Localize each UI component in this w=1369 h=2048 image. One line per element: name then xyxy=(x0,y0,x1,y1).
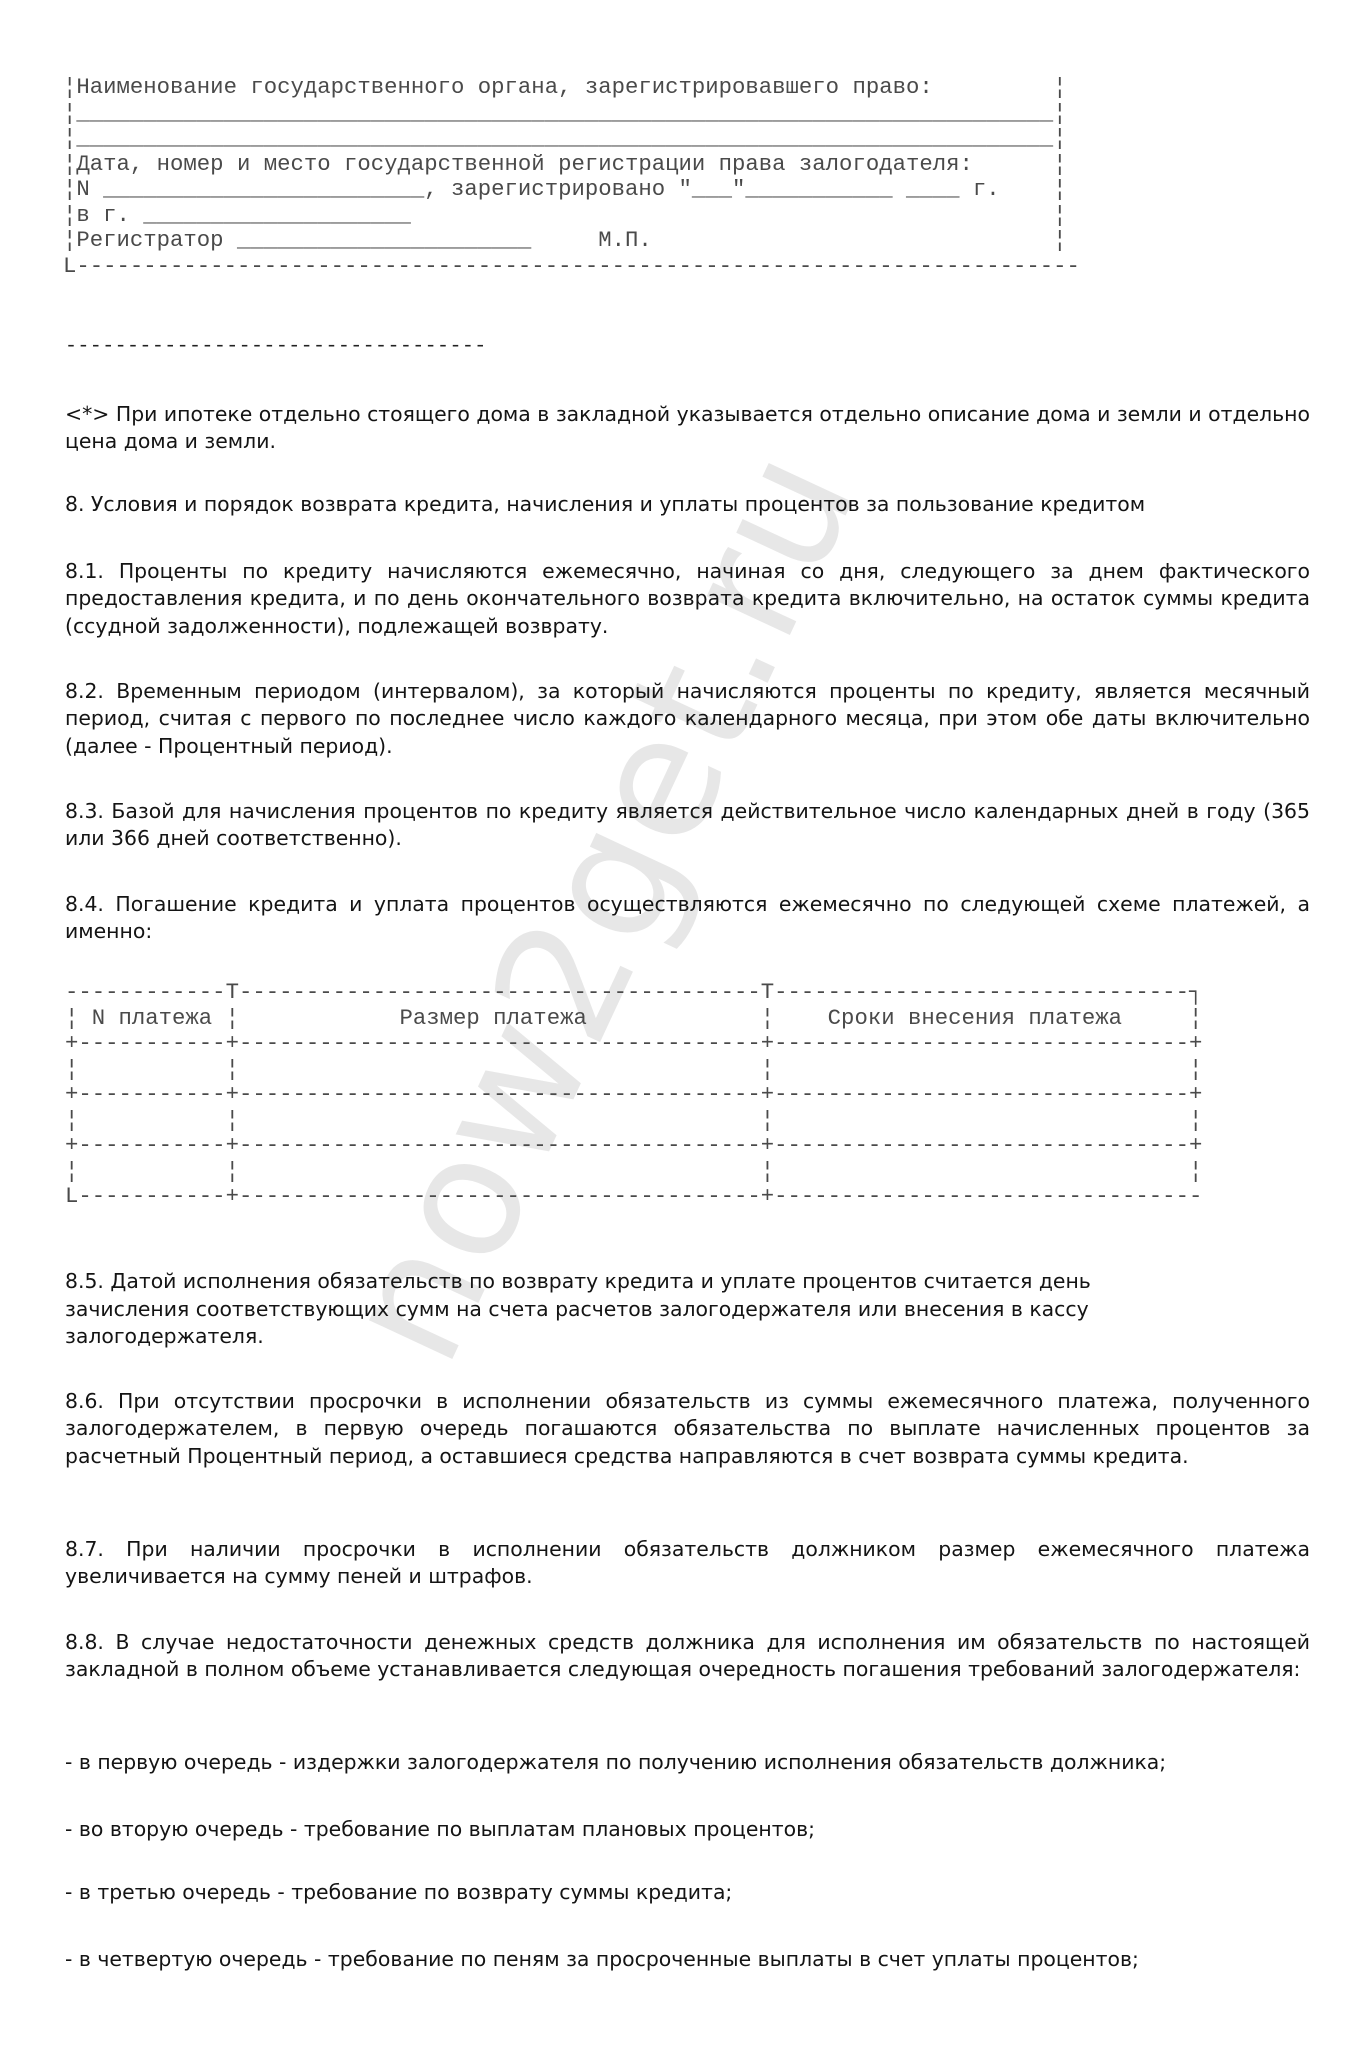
registration-box-line: ¦Регистратор ______________________ М.П.… xyxy=(63,228,1080,254)
paragraph-8-2: 8.2. Временным периодом (интервалом), за… xyxy=(65,678,1310,760)
priority-list-item: - в четвертую очередь - требование по пе… xyxy=(65,1946,1310,1973)
registration-box-line: L---------------------------------------… xyxy=(63,254,1080,280)
registration-box-line: ¦Дата, номер и место государственной рег… xyxy=(63,152,1080,178)
table-line: +-----------+---------------------------… xyxy=(65,1133,1202,1159)
table-line: L-----------+---------------------------… xyxy=(65,1184,1202,1210)
paragraph-8-6: 8.6. При отсутствии просрочки в исполнен… xyxy=(65,1388,1310,1470)
section-heading: 8. Условия и порядок возврата кредита, н… xyxy=(65,491,1310,518)
registration-box-line: ¦_______________________________________… xyxy=(63,126,1080,152)
table-header-row: ¦ N платежа ¦ Размер платежа ¦ Сроки вне… xyxy=(65,1006,1202,1032)
registration-box-line: ¦N ________________________, зарегистрир… xyxy=(63,177,1080,203)
priority-list-item: - в третью очередь - требование по возвр… xyxy=(65,1879,1310,1906)
paragraph-8-8: 8.8. В случае недостаточности денежных с… xyxy=(65,1629,1310,1684)
table-row: ¦ ¦ ¦ ¦ xyxy=(65,1159,1202,1185)
footnote: <*> При ипотеке отдельно стоящего дома в… xyxy=(65,401,1310,456)
paragraph-8-4: 8.4. Погашение кредита и уплата проценто… xyxy=(65,891,1310,946)
priority-list-item: - в первую очередь - издержки залогодерж… xyxy=(65,1749,1310,1776)
table-row: ¦ ¦ ¦ ¦ xyxy=(65,1108,1202,1134)
document-page: now2get.ru ¦Наименование государственног… xyxy=(0,0,1369,2048)
registration-box-line: ¦_______________________________________… xyxy=(63,101,1080,127)
priority-list-item: - во вторую очередь - требование по выпл… xyxy=(65,1816,1310,1843)
registration-box-line: ¦в г. ____________________ ¦ xyxy=(63,203,1080,229)
footnote-separator: ---------------------------------- xyxy=(65,335,487,358)
table-line: +-----------+---------------------------… xyxy=(65,1082,1202,1108)
paragraph-8-7: 8.7. При наличии просрочки в исполнении … xyxy=(65,1536,1310,1591)
table-row: ¦ ¦ ¦ ¦ xyxy=(65,1057,1202,1083)
table-line: +-----------+---------------------------… xyxy=(65,1031,1202,1057)
paragraph-8-5: 8.5. Датой исполнения обязательств по во… xyxy=(65,1268,1180,1351)
registration-box-line: ¦Наименование государственного органа, з… xyxy=(63,75,1080,101)
paragraph-8-1: 8.1. Проценты по кредиту начисляются еже… xyxy=(65,558,1310,640)
payment-schedule-table: ------------T---------------------------… xyxy=(65,980,1202,1210)
paragraph-8-3: 8.3. Базой для начисления процентов по к… xyxy=(65,798,1310,853)
registration-box: ¦Наименование государственного органа, з… xyxy=(63,75,1080,279)
table-line: ------------T---------------------------… xyxy=(65,980,1202,1006)
